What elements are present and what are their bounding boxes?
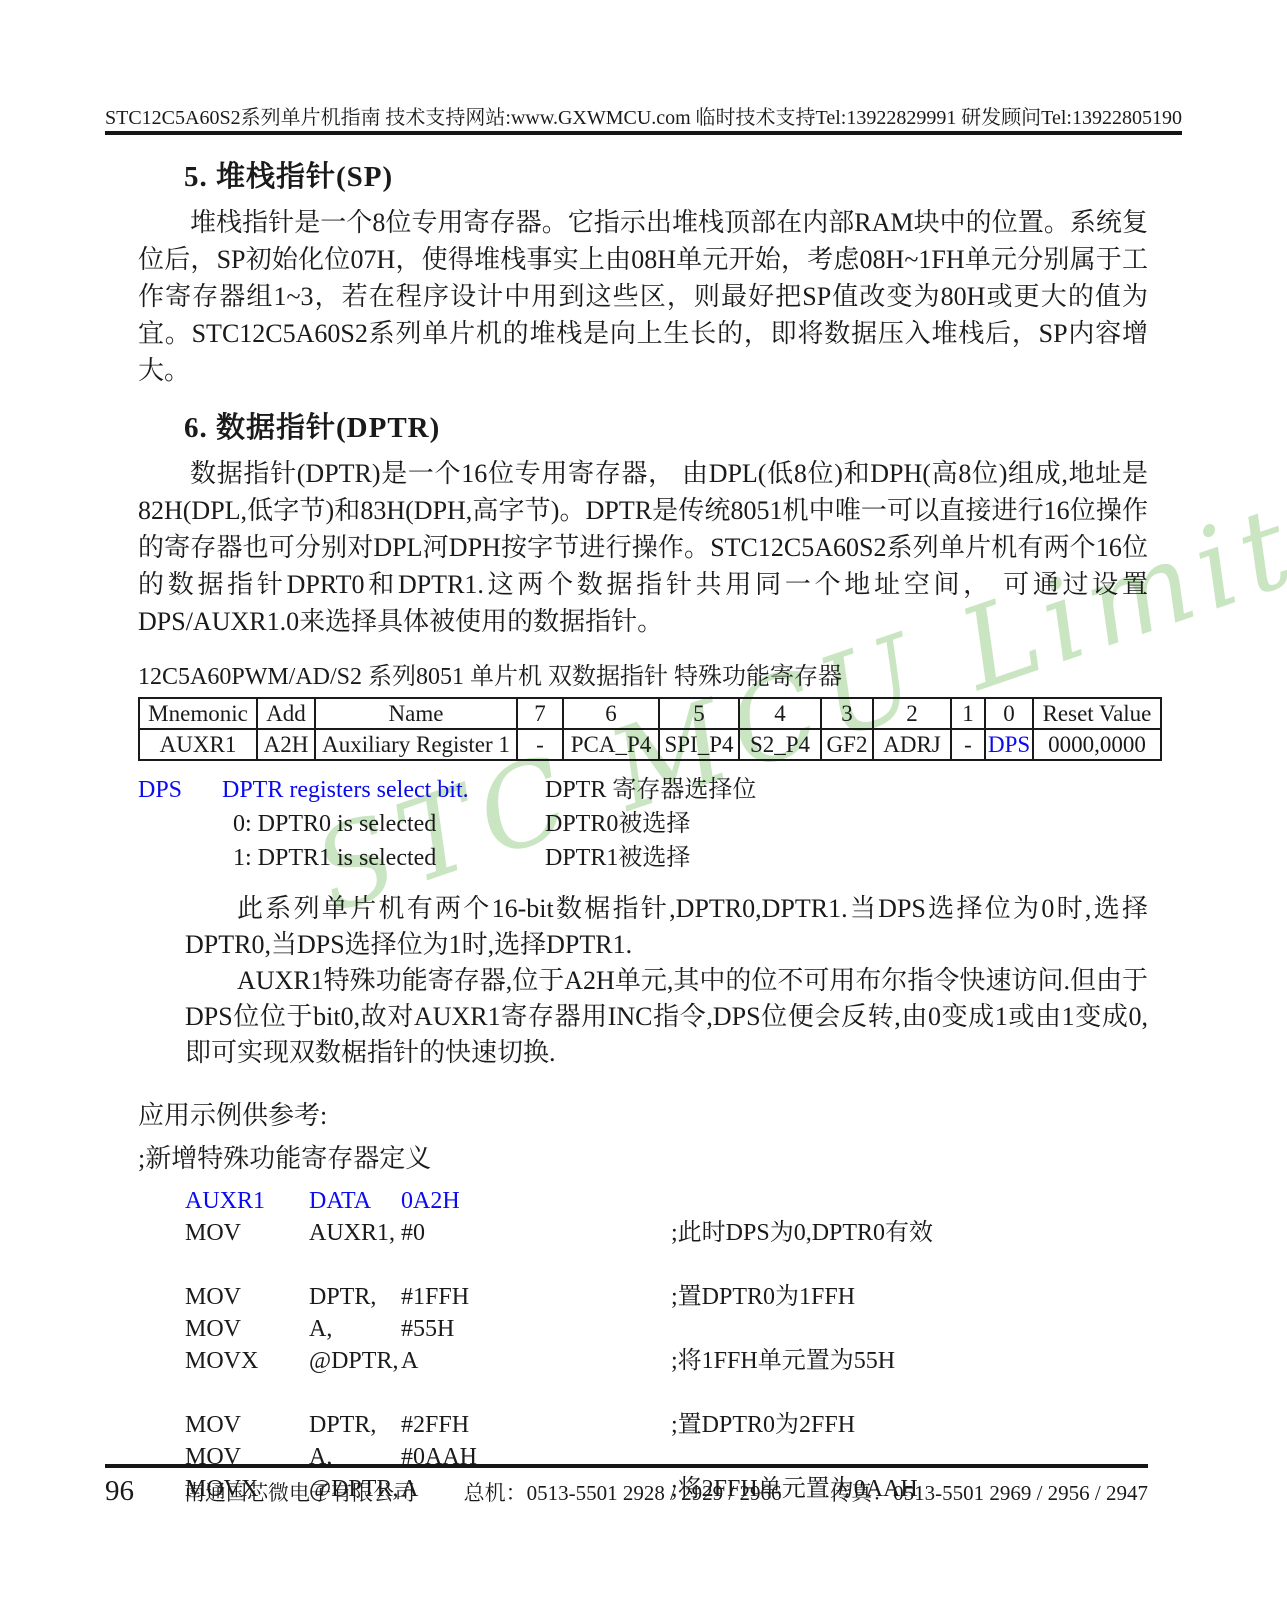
footer-fax: 传真：0513-5501 2969 / 2956 / 2947 xyxy=(830,1477,1148,1507)
cell-bit1: - xyxy=(951,729,985,760)
code-opcode: MOVX xyxy=(185,1345,309,1377)
header-doc-title: STC12C5A60S2系列单片机指南 xyxy=(105,101,381,130)
footer-left-group: 96 南通国芯微电子有限公司 xyxy=(105,1475,415,1508)
code-operand: DATA xyxy=(309,1185,401,1217)
code-comment: ;此时DPS为0,DPTR0有效 xyxy=(671,1217,933,1249)
code-line: MOV A, #0AAH xyxy=(185,1441,1148,1473)
code-opcode: MOV xyxy=(185,1409,309,1441)
cell-reset-value: 0000,0000 xyxy=(1033,729,1161,760)
code-operand: A, xyxy=(309,1313,401,1345)
code-opcode: MOV xyxy=(185,1217,309,1249)
dps-option-0-row: 0: DPTR0 is selected DPTR0被选择 xyxy=(138,807,1148,841)
header-rule xyxy=(105,131,1182,135)
cell-bit5: SPI_P4 xyxy=(659,729,739,760)
page-number: 96 xyxy=(105,1475,134,1508)
section-5-paragraph: 堆栈指针是一个8位专用寄存器。它指示出堆栈顶部在内部RAM块中的位置。系统复位后… xyxy=(138,204,1148,389)
code-comment: ;置DPTR0为1FFH xyxy=(671,1281,855,1313)
cell-name: Auxiliary Register 1 xyxy=(315,729,517,760)
example-define-comment: ;新增特殊功能寄存器定义 xyxy=(138,1138,1148,1175)
col-header-bit3: 3 xyxy=(821,698,873,729)
register-table-title: 12C5A60PWM/AD/S2 系列8051 单片机 双数据指针 特殊功能寄存… xyxy=(138,656,1148,691)
code-opcode: MOV xyxy=(185,1281,309,1313)
code-operand: #55H xyxy=(401,1313,671,1345)
register-table: Mnemonic Add Name 7 6 5 4 3 2 1 0 Reset … xyxy=(138,697,1162,761)
cell-bit7: - xyxy=(517,729,563,760)
code-line: MOVX @DPTR, A ;将1FFH单元置为55H xyxy=(185,1345,1148,1377)
code-operand: DPTR, xyxy=(309,1281,401,1313)
code-operand: A xyxy=(401,1345,671,1377)
code-blank-line xyxy=(185,1249,1148,1281)
code-operand: #2FFH xyxy=(401,1409,671,1441)
col-header-name: Name xyxy=(315,698,517,729)
dps-select-bit-row: DPS DPTR registers select bit. DPTR 寄存器选… xyxy=(138,773,1148,807)
code-line: MOV DPTR, #2FFH ;置DPTR0为2FFH xyxy=(185,1409,1148,1441)
code-opcode: MOV xyxy=(185,1313,309,1345)
cell-add: A2H xyxy=(257,729,315,760)
col-header-reset-value: Reset Value xyxy=(1033,698,1161,729)
cell-bit2: ADRJ xyxy=(873,729,951,760)
cell-mnemonic: AUXR1 xyxy=(139,729,257,760)
dps-option-1-row: 1: DPTR1 is selected DPTR1被选择 xyxy=(138,841,1148,875)
section-6-paragraph: 数据指针(DPTR)是一个16位专用寄存器， 由DPL(低8位)和DPH(高8位… xyxy=(138,455,1148,640)
footer-phone: 总机：0513-5501 2928 / 2929 / 2966 xyxy=(464,1477,782,1507)
code-comment: ;置DPTR0为2FFH xyxy=(671,1409,855,1441)
dps-desc-en: DPTR registers select bit. xyxy=(222,773,545,807)
code-operand: #1FFH xyxy=(401,1281,671,1313)
cell-bit3: GF2 xyxy=(821,729,873,760)
main-content: 5. 堆栈指针(SP) 堆栈指针是一个8位专用寄存器。它指示出堆栈顶部在内部RA… xyxy=(138,140,1148,1505)
code-operand: DPTR, xyxy=(309,1409,401,1441)
header-temp-support-tel: 临时技术支持Tel:13922829991 xyxy=(696,101,957,130)
cell-bit0-dps: DPS xyxy=(985,729,1033,760)
example-intro: 应用示例供参考: xyxy=(138,1095,1148,1132)
section-6-heading: 6. 数据指针(DPTR) xyxy=(184,405,1148,446)
code-operand: A, xyxy=(309,1441,401,1473)
code-comment: ;将1FFH单元置为55H xyxy=(671,1345,895,1377)
code-line: MOV AUXR1, #0 ;此时DPS为0,DPTR0有效 xyxy=(185,1217,1148,1249)
code-operand: #0AAH xyxy=(401,1441,671,1473)
col-header-bit1: 1 xyxy=(951,698,985,729)
register-table-data-row: AUXR1 A2H Auxiliary Register 1 - PCA_P4 … xyxy=(139,729,1161,760)
page-header: STC12C5A60S2系列单片机指南 技术支持网站:www.GXWMCU.co… xyxy=(105,101,1182,130)
col-header-bit4: 4 xyxy=(739,698,821,729)
auxr1-inc-note: AUXR1特殊功能寄存器,位于A2H单元,其中的位不可用布尔指令快速访问.但由于… xyxy=(185,963,1148,1071)
dps-option-1-cn: DPTR1被选择 xyxy=(545,841,690,875)
code-line: AUXR1 DATA 0A2H xyxy=(185,1185,1148,1217)
cell-bit6: PCA_P4 xyxy=(563,729,659,760)
dps-label: DPS xyxy=(138,773,222,807)
dual-dptr-note: 此系列单片机有两个16-bit数椐指针,DPTR0,DPTR1.当DPS选择位为… xyxy=(185,891,1148,963)
dps-option-1-en: 1: DPTR1 is selected xyxy=(233,841,545,875)
col-header-bit2: 2 xyxy=(873,698,951,729)
dps-option-0-cn: DPTR0被选择 xyxy=(545,807,690,841)
footer-company: 南通国芯微电子有限公司 xyxy=(184,1477,415,1507)
code-block: AUXR1 DATA 0A2H MOV AUXR1, #0 ;此时DPS为0,D… xyxy=(138,1185,1148,1505)
code-symbol: AUXR1 xyxy=(185,1185,309,1217)
code-line: MOV A, #55H xyxy=(185,1313,1148,1345)
manual-page: STC12C5A60S2系列单片机指南 技术支持网站:www.GXWMCU.co… xyxy=(0,0,1287,1600)
cell-bit4: S2_P4 xyxy=(739,729,821,760)
col-header-bit7: 7 xyxy=(517,698,563,729)
section-5-heading: 5. 堆栈指针(SP) xyxy=(184,154,1148,195)
code-operand: AUXR1, xyxy=(309,1217,401,1249)
col-header-bit0: 0 xyxy=(985,698,1033,729)
dps-desc-cn: DPTR 寄存器选择位 xyxy=(545,773,756,807)
code-line: MOV DPTR, #1FFH ;置DPTR0为1FFH xyxy=(185,1281,1148,1313)
dps-description-block: DPS DPTR registers select bit. DPTR 寄存器选… xyxy=(138,773,1148,875)
footer-rule xyxy=(105,1464,1148,1468)
header-support-site: 技术支持网站:www.GXWMCU.com xyxy=(385,101,690,130)
col-header-bit5: 5 xyxy=(659,698,739,729)
col-header-mnemonic: Mnemonic xyxy=(139,698,257,729)
code-operand: @DPTR, xyxy=(309,1345,401,1377)
page-footer: 96 南通国芯微电子有限公司 总机：0513-5501 2928 / 2929 … xyxy=(105,1475,1148,1508)
dps-option-0-en: 0: DPTR0 is selected xyxy=(233,807,545,841)
code-operand: 0A2H xyxy=(401,1185,671,1217)
col-header-bit6: 6 xyxy=(563,698,659,729)
code-blank-line xyxy=(185,1377,1148,1409)
header-consultant-tel: 研发顾问Tel:13922805190 xyxy=(961,101,1182,130)
code-operand: #0 xyxy=(401,1217,671,1249)
col-header-add: Add xyxy=(257,698,315,729)
code-opcode: MOV xyxy=(185,1441,309,1473)
register-table-header-row: Mnemonic Add Name 7 6 5 4 3 2 1 0 Reset … xyxy=(139,698,1161,729)
